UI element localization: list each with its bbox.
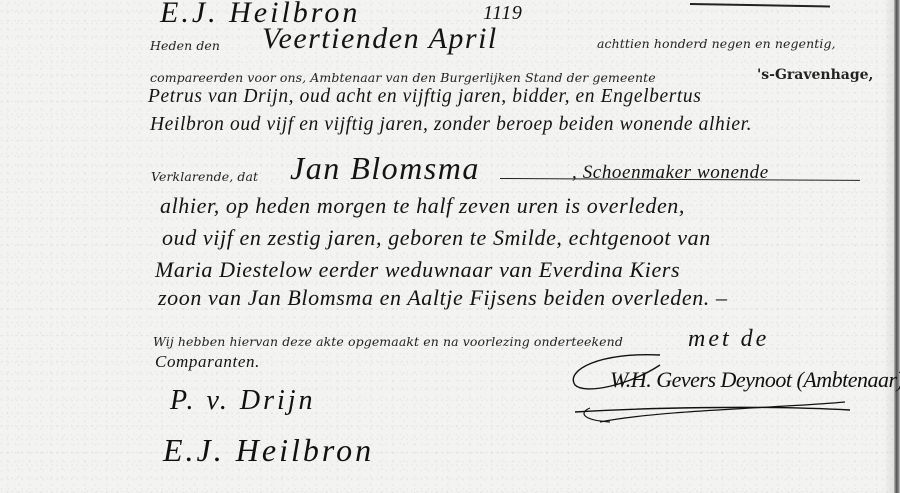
official-signature: W.H. Gevers Deynoot (Ambtenaar) bbox=[610, 367, 900, 393]
printed-year: achttien honderd negen en negentig, bbox=[597, 36, 836, 51]
handwritten-witness-1: Petrus van Drijn, oud acht en vijftig ja… bbox=[148, 86, 701, 108]
handwritten-parents: zoon van Jan Blomsma en Aaltje Fijsens b… bbox=[158, 285, 728, 311]
witness-signature-2: E.J. Heilbron bbox=[163, 432, 374, 469]
handwritten-met-de: met de bbox=[688, 326, 769, 353]
witness-signature-1: P. v. Drijn bbox=[170, 385, 316, 417]
handwritten-comparanten: Comparanten. bbox=[155, 352, 260, 372]
handwritten-age-birthplace: oud vijf en zestig jaren, geboren te Smi… bbox=[162, 225, 711, 251]
handwritten-occupation: , Schoenmaker wonende bbox=[572, 162, 769, 184]
handwritten-death-time: alhier, op heden morgen te half zeven ur… bbox=[160, 193, 685, 219]
printed-compareerden: compareerden voor ons, Ambtenaar van den… bbox=[150, 70, 656, 85]
handwritten-deceased-name: Jan Blomsma bbox=[290, 150, 480, 187]
handwritten-date: Veertienden April bbox=[262, 22, 498, 56]
printed-verklarende: Verklarende, dat bbox=[151, 169, 258, 184]
handwritten-spouse: Maria Diestelow eerder weduwnaar van Eve… bbox=[155, 257, 680, 283]
page-edge bbox=[894, 0, 900, 493]
page-edge-shadow bbox=[884, 0, 894, 493]
handwritten-witness-2: Heilbron oud vijf en vijftig jaren, zond… bbox=[150, 114, 752, 136]
printed-heden-den: Heden den bbox=[150, 38, 220, 53]
printed-place: 's-Gravenhage, bbox=[757, 67, 873, 83]
printed-closing: Wij hebben hiervan deze akte opgemaakt e… bbox=[153, 334, 623, 349]
